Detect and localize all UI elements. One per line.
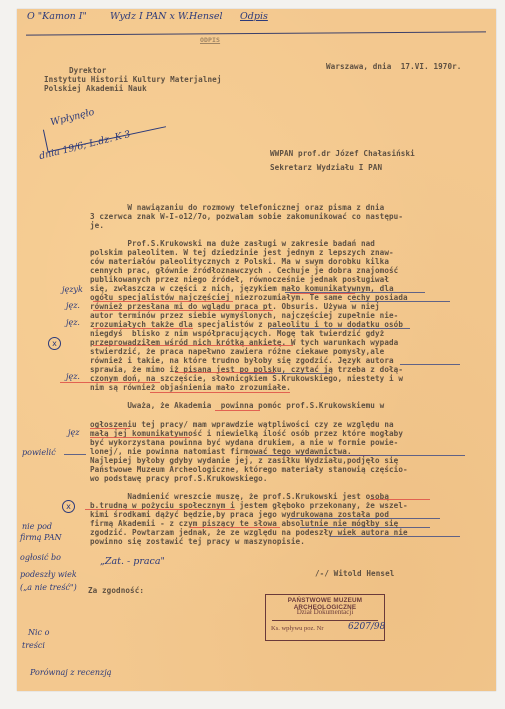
p3-line7: Państwowe Muzeum Archeologiczne, którego… [90, 465, 408, 474]
circle-x-mark-icon: x [48, 337, 61, 350]
red-underline [215, 410, 260, 411]
margin-note-jez-1: jęz. [66, 301, 80, 310]
red-underline [90, 428, 130, 429]
sender-institute: Instytutu Historii Kultury Materjalnej [44, 75, 222, 84]
p4-line1: Nadmienić wreszcie muszę, że prof.S.Kruk… [90, 492, 389, 501]
za-zgodnosc: Za zgodność: [88, 586, 144, 595]
p2-line3: ców materiałów paleolitycznych z Polski.… [90, 257, 389, 266]
p2-line17: nim są również objaśnienia mało zrozumia… [90, 383, 291, 392]
margin-note-a-nie-tresc: („a nie treść") [20, 583, 77, 592]
blue-underline [300, 527, 430, 528]
red-underline [90, 437, 190, 438]
margin-arrow [64, 454, 86, 455]
p2-line14: również i takie, na które trudno byłoby … [90, 356, 394, 365]
stamp-department: Dział Dokumentacji [266, 608, 384, 616]
p1-line2: 3 czerwca znak W-I-o12/7o, pozwalam sobi… [90, 212, 403, 221]
red-underline [290, 293, 355, 294]
place-date: Warszawa, dnia 17.VI. 1970r. [326, 62, 461, 71]
margin-note-zat-praca: „Zat. - praca" [100, 556, 165, 567]
red-underline [150, 392, 290, 393]
handwritten-odpis: Odpis [240, 11, 268, 22]
margin-note-tresci: treści [22, 641, 45, 650]
margin-note-podeszly-wiek: podeszły wiek [20, 570, 77, 579]
red-underline [190, 527, 280, 528]
margin-note-nie-pod: nie pod [22, 522, 52, 531]
red-underline [85, 509, 235, 510]
recipient-name: WWPAN prof.dr Józef Chałasiński [270, 149, 415, 158]
blue-underline [290, 518, 440, 519]
stamp-divider [272, 620, 378, 621]
margin-note-porownaj: Porównaj z recenzją [30, 668, 111, 677]
sender-title: Dyrektor [69, 66, 106, 75]
p3-line8: wo podstawę pracy prof.S.Krukowskiego. [90, 474, 268, 483]
p2-line2: polskim paleolitem. W tej dziedzinie jes… [90, 248, 394, 257]
blue-underline [250, 455, 465, 456]
blue-underline [240, 373, 330, 374]
red-underline [93, 310, 273, 311]
stamp-entry-label: Ks. wpływu poz. Nr [271, 625, 324, 632]
margin-note-jezyk: język [62, 285, 83, 294]
recipient-role: Sekretarz Wydziału I PAN [270, 163, 382, 172]
margin-note-powielic: powielić [22, 448, 56, 457]
red-underline [93, 328, 193, 329]
museum-stamp: PAŃSTWOWE MUZEUM ARCHEOLOGICZNE Dział Do… [265, 594, 385, 641]
margin-note-jez-2: jęz. [66, 318, 80, 327]
p2-line4: cennych prac, głównie źródłoznawczych . … [90, 266, 398, 275]
blue-underline [400, 364, 460, 365]
margin-note-nic-o: Nic o [28, 628, 49, 637]
sender-academy: Polskiej Akademii Nauk [44, 84, 147, 93]
red-underline [93, 301, 233, 302]
margin-note-jez-4: jęz [68, 428, 79, 437]
p3-line1: Uważa, że Akademia powinna pomóc prof.S.… [90, 401, 384, 410]
red-underline [93, 345, 293, 346]
p3-line2: ogłoszeniu tej pracy/ mam wprawdzie wątp… [90, 420, 394, 429]
p2-line13: stwierdzić, że praca napełwno zawiera ró… [90, 347, 384, 356]
blue-underline [330, 536, 460, 537]
blue-underline [285, 292, 425, 293]
margin-note-oglosic: ogłosić bo [20, 553, 61, 562]
margin-note-firma-pan: firmą PAN [20, 533, 61, 542]
typed-heading-odpis: ODPIS [200, 36, 220, 45]
p3-line6: Najlepiej byłoby gdyby wydanie jej, z za… [90, 456, 398, 465]
margin-note-jez-3: jęz. [66, 372, 80, 381]
signature: /-/ Witold Hensel [315, 569, 394, 578]
blue-underline [350, 301, 450, 302]
p1-line3: je. [90, 221, 104, 230]
p1-line1: W nawiązaniu do rozmowy telefonicznej or… [90, 203, 384, 212]
p4-line6: powinno się zostawić tej pracy w maszyno… [90, 537, 305, 546]
red-underline [370, 499, 430, 500]
p2-line1: Prof.S.Krukowski ma duże zasługi w zakre… [90, 239, 375, 248]
p2-line11: niegdyś blisko z nim współpracujących. M… [90, 329, 384, 338]
stamp-entry-number: 6207/98 [348, 622, 385, 632]
circle-x-mark-icon: x [62, 500, 75, 513]
p2-line5: publikowanych przez niego źródeł, równoc… [90, 275, 389, 284]
red-underline [60, 382, 160, 383]
handwritten-wydz: Wydz I PAN x W.Hensel [110, 11, 223, 22]
blue-underline [270, 328, 410, 329]
p3-line4: być wykorzystana powinna być wydana druk… [90, 438, 398, 447]
handwritten-kamon: O "Kamon I" [27, 11, 87, 22]
p2-line9: autor terminów przez siebie wymyślonych,… [90, 311, 398, 320]
